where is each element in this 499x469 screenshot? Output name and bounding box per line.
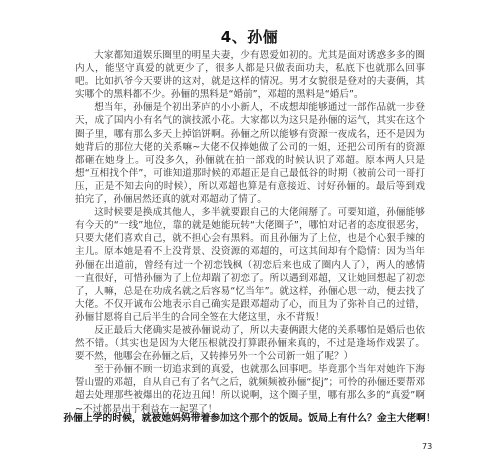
caption: 孙俪上学的时候，就被她妈妈带着参加这个那个的饭局。饭局上有什么？金主大佬啊！ bbox=[0, 410, 499, 424]
paragraph: 这时候要是换成其他人，多半就要跟自己的大佬闹掰了。可要知道，孙俪能够有今天的“一… bbox=[75, 206, 425, 324]
paragraph: 反正最后大佬确实是被孙俪说动了，所以夫妻俩跟大佬的关系哪怕是婚后也依然不错。（其… bbox=[75, 324, 425, 363]
body-text: 大家都知道娱乐圈里的明星夫妻，少有恩爱如初的。尤其是面对诱惑多多的圈内人，能坚守… bbox=[75, 49, 425, 416]
paragraph: 想当年，孙俪是个初出茅庐的小小新人，不成想却能够通过一部作品就一步登天，成了国内… bbox=[75, 101, 425, 206]
section-title: 4、孙俪 bbox=[0, 26, 499, 47]
paragraph: 至于孙俪不顾一切追求到的真爱，也就那么回事吧。毕竟那个当年对她许下海誓山盟的邓超… bbox=[75, 363, 425, 415]
document-page: 4、孙俪 大家都知道娱乐圈里的明星夫妻，少有恩爱如初的。尤其是面对诱惑多多的圈内… bbox=[0, 0, 499, 469]
page-number: 73 bbox=[422, 442, 432, 451]
paragraph: 大家都知道娱乐圈里的明星夫妻，少有恩爱如初的。尤其是面对诱惑多多的圈内人，能坚守… bbox=[75, 49, 425, 101]
